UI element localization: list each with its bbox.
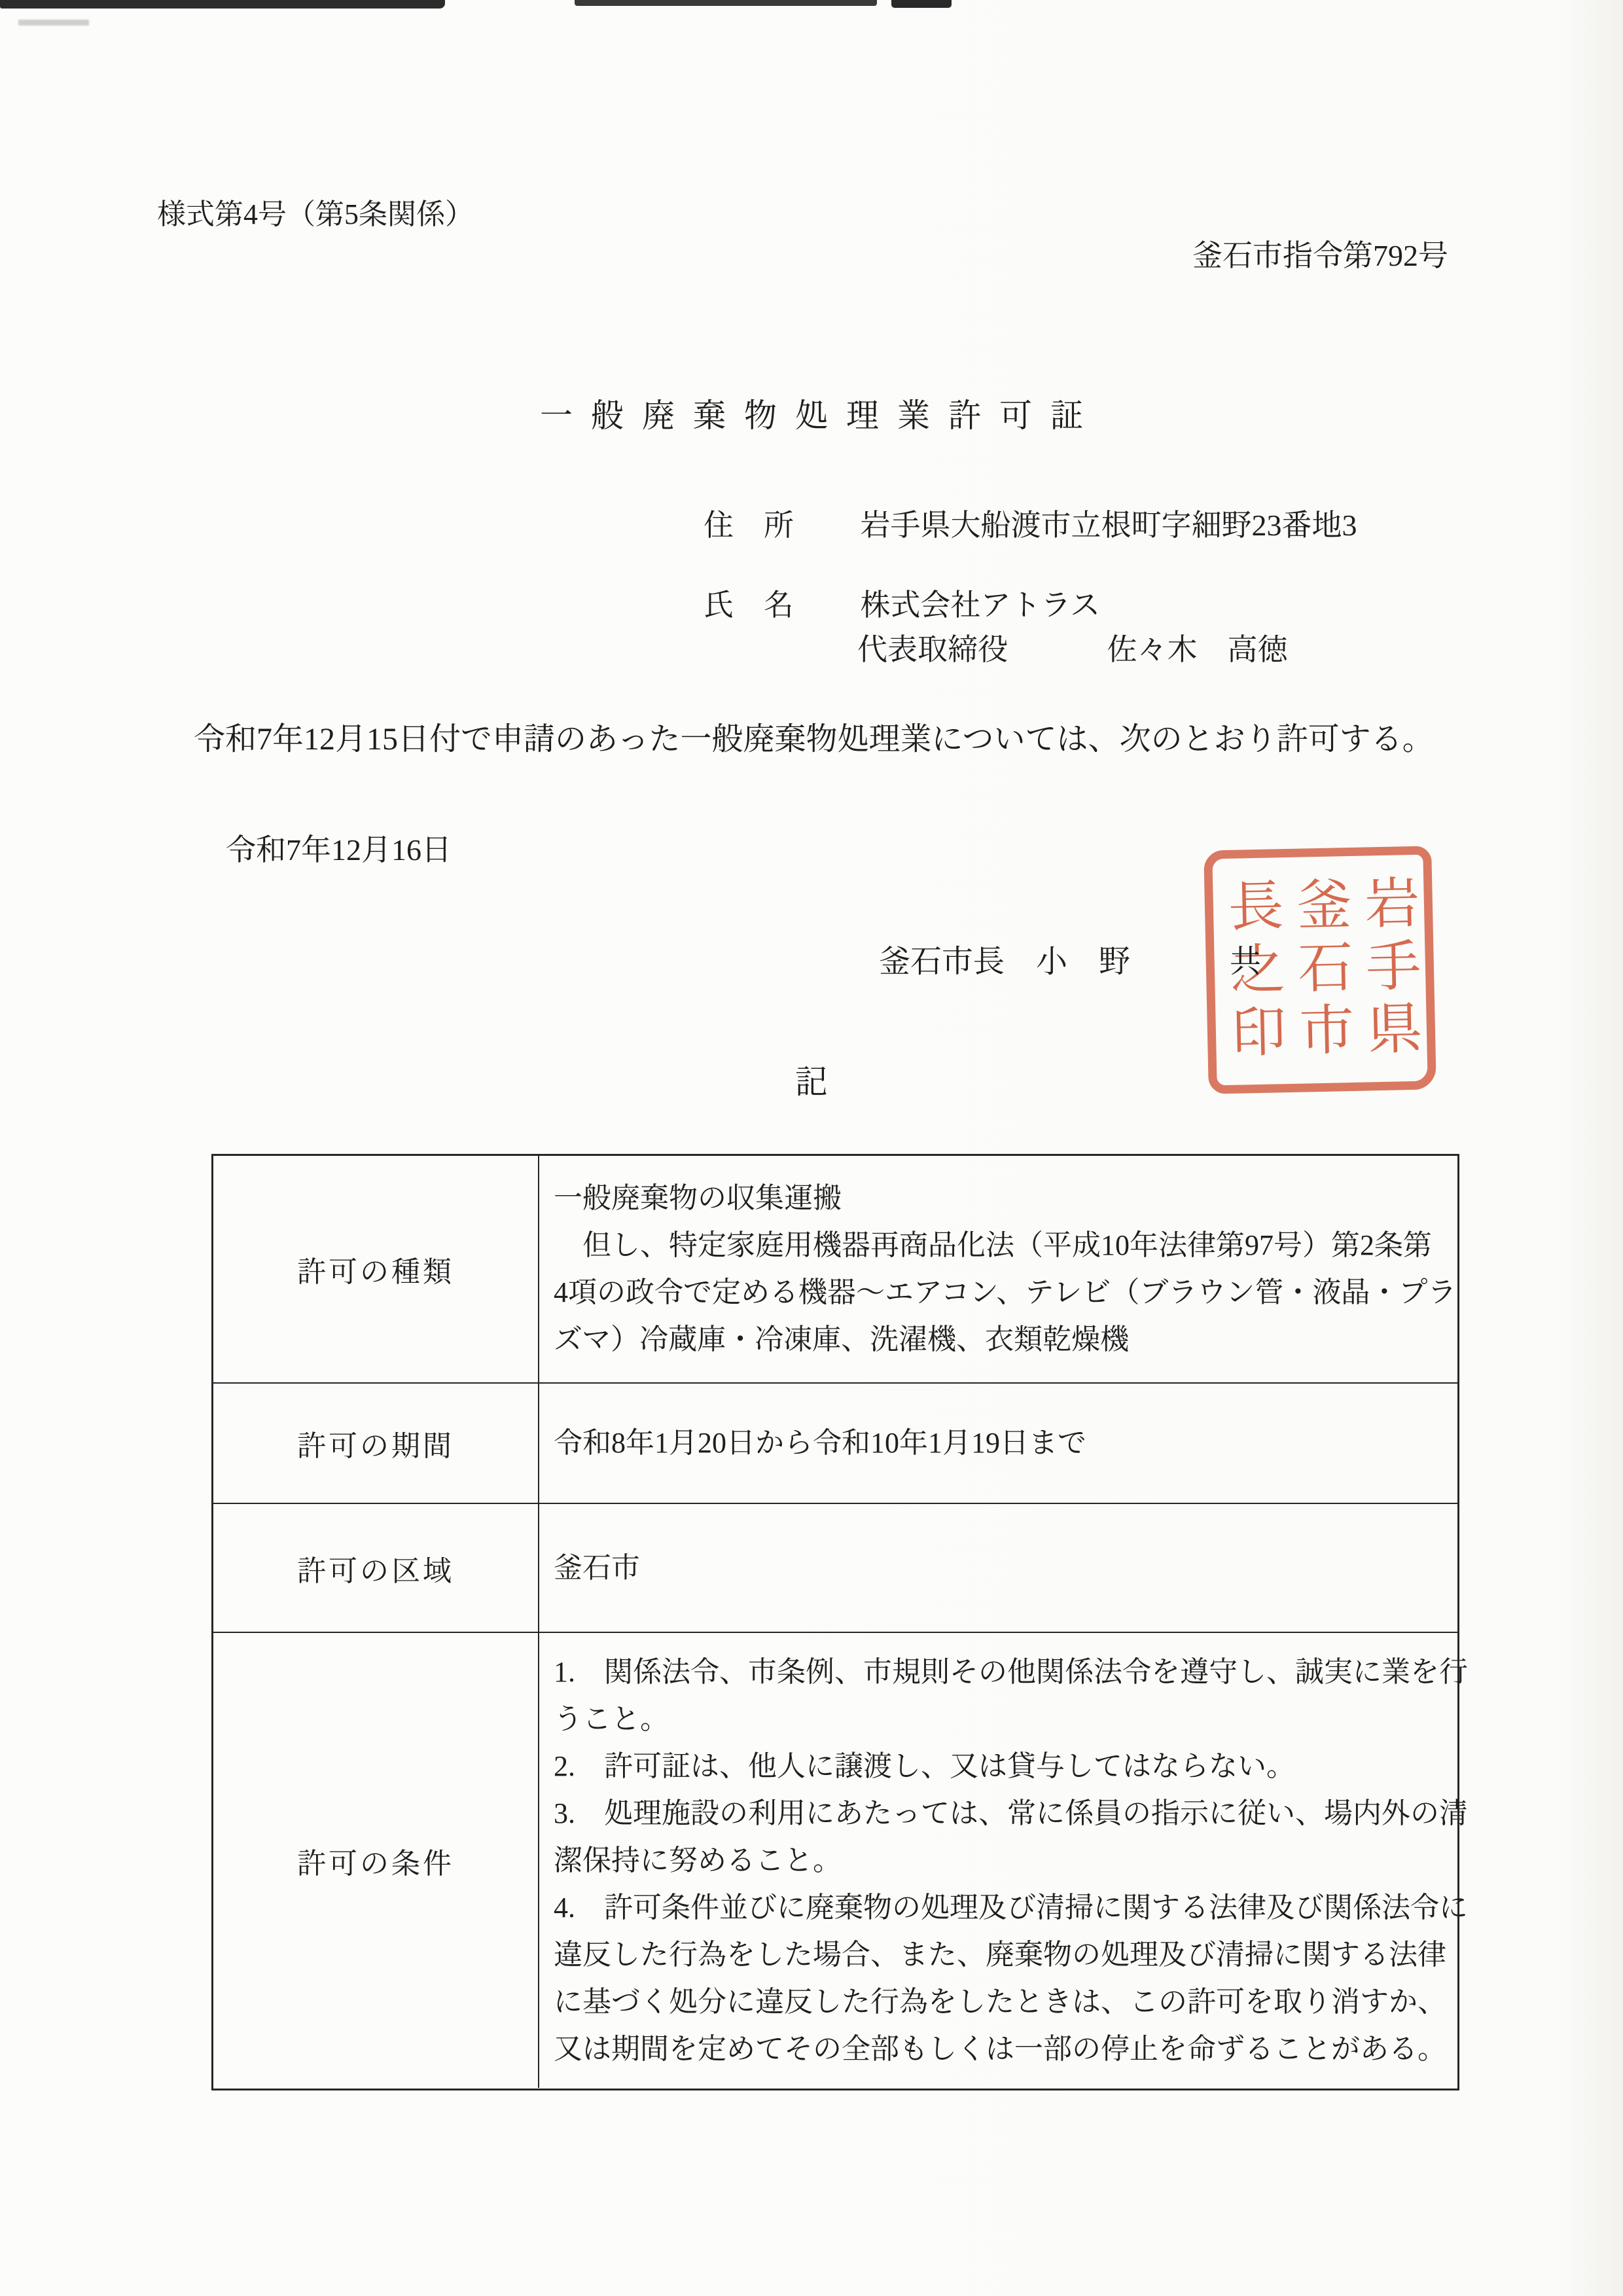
permit-conditions-line: 4. 許可条件並びに廃棄物の処理及び清掃に関する法律及び関係法令に (554, 1884, 1468, 1931)
representative-name: 佐々木 高徳 (1107, 633, 1288, 666)
row-content-permit-area: 釜石市 (539, 1504, 1457, 1632)
permit-conditions-line: 1. 関係法令、市条例、市規則その他関係法令を遵守し、誠実に業を行 (554, 1649, 1468, 1696)
row-label-permit-period: 許可の期間 (213, 1384, 539, 1503)
issuer-given-name: 共 (1230, 944, 1261, 979)
table-row-permit-conditions: 許可の条件 1. 関係法令、市条例、市規則その他関係法令を遵守し、誠実に業を行 … (213, 1633, 1457, 2088)
grant-statement: 令和7年12月15日付で申請のあった一般廃棄物処理業については、次のとおり許可す… (194, 724, 1434, 755)
representative-title: 代表取締役 (857, 633, 1008, 666)
permit-conditions-line: うこと。 (554, 1696, 1468, 1743)
name-row: 氏 名 株式会社アトラス (704, 590, 1100, 620)
scan-artifact-top-right (891, 0, 952, 8)
scan-artifact-top-middle (575, 0, 877, 6)
row-label-permit-type: 許可の種類 (213, 1156, 539, 1382)
permit-type-line: 4項の政令で定める機器～エアコン、テレビ（ブラウン管・液晶・プラ (554, 1269, 1456, 1316)
address-label: 住 所 (704, 509, 794, 542)
permit-conditions-line: 又は期間を定めてその全部もしくは一部の停止を命ずることがある。 (554, 2026, 1468, 2073)
permit-type-line: 一般廃棄物の収集運搬 (554, 1175, 1456, 1222)
scan-artifact-smudge (18, 20, 89, 26)
permit-type-line: 但し、特定家庭用機器再商品化法（平成10年法律第97号）第2条第 (554, 1222, 1456, 1269)
row-label-permit-area: 許可の区域 (213, 1504, 539, 1632)
permit-document-page: 様式第4号（第5条関係） 釜石市指令第792号 一般廃棄物処理業許可証 住 所 … (0, 0, 1623, 2296)
issue-date: 令和7年12月16日 (226, 835, 452, 865)
permit-conditions-line: 3. 処理施設の利用にあたっては、常に係員の指示に従い、場内外の清 (554, 1790, 1468, 1837)
row-content-permit-conditions: 1. 関係法令、市条例、市規則その他関係法令を遵守し、誠実に業を行 うこと。 2… (539, 1633, 1484, 2088)
table-row-permit-area: 許可の区域 釜石市 (213, 1504, 1457, 1633)
name-label: 氏 名 (704, 588, 794, 622)
permit-conditions-line: に基づく処分に違反した行為をしたときは、この許可を取り消すか、 (554, 1979, 1468, 2026)
directive-number: 釜石市指令第792号 (1192, 241, 1448, 271)
row-content-permit-type: 一般廃棄物の収集運搬 但し、特定家庭用機器再商品化法（平成10年法律第97号）第… (539, 1156, 1472, 1382)
address-row: 住 所 岩手県大船渡市立根町字細野23番地3 (704, 511, 1357, 541)
permit-conditions-line: 2. 許可証は、他人に譲渡し、又は貸与してはならない。 (554, 1743, 1468, 1790)
table-row-permit-period: 許可の期間 令和8年1月20日から令和10年1月19日まで (213, 1384, 1457, 1504)
permit-period-line: 令和8年1月20日から令和10年1月19日まで (554, 1420, 1442, 1467)
permit-area-line: 釜石市 (554, 1545, 1442, 1592)
scan-artifact-top-left (0, 0, 445, 9)
permit-conditions-line: 違反した行為をした場合、また、廃棄物の処理及び清掃に関する法律 (554, 1931, 1468, 1979)
address-value: 岩手県大船渡市立根町字細野23番地3 (861, 509, 1357, 542)
form-number: 様式第4号（第5条関係） (157, 200, 474, 229)
document-title: 一般廃棄物処理業許可証 (0, 399, 1623, 432)
permit-conditions-line: 潔保持に努めること。 (554, 1837, 1468, 1884)
row-label-permit-conditions: 許可の条件 (213, 1633, 539, 2088)
table-row-permit-type: 許可の種類 一般廃棄物の収集運搬 但し、特定家庭用機器再商品化法（平成10年法律… (213, 1156, 1457, 1384)
permit-table: 許可の種類 一般廃棄物の収集運搬 但し、特定家庭用機器再商品化法（平成10年法律… (211, 1154, 1459, 2090)
row-content-permit-period: 令和8年1月20日から令和10年1月19日まで (539, 1384, 1457, 1503)
representative-row: 代表取締役 佐々木 高徳 (857, 635, 1288, 665)
issuer-title: 釜石市長 (879, 944, 1005, 979)
name-value: 株式会社アトラス (861, 588, 1101, 622)
permit-type-line: ズマ）冷蔵庫・冷凍庫、洗濯機、衣類乾燥機 (554, 1316, 1456, 1363)
issuer-line: 釜石市長 小 野 共 (879, 946, 1261, 978)
issuer-surname: 小 野 (1036, 944, 1130, 979)
